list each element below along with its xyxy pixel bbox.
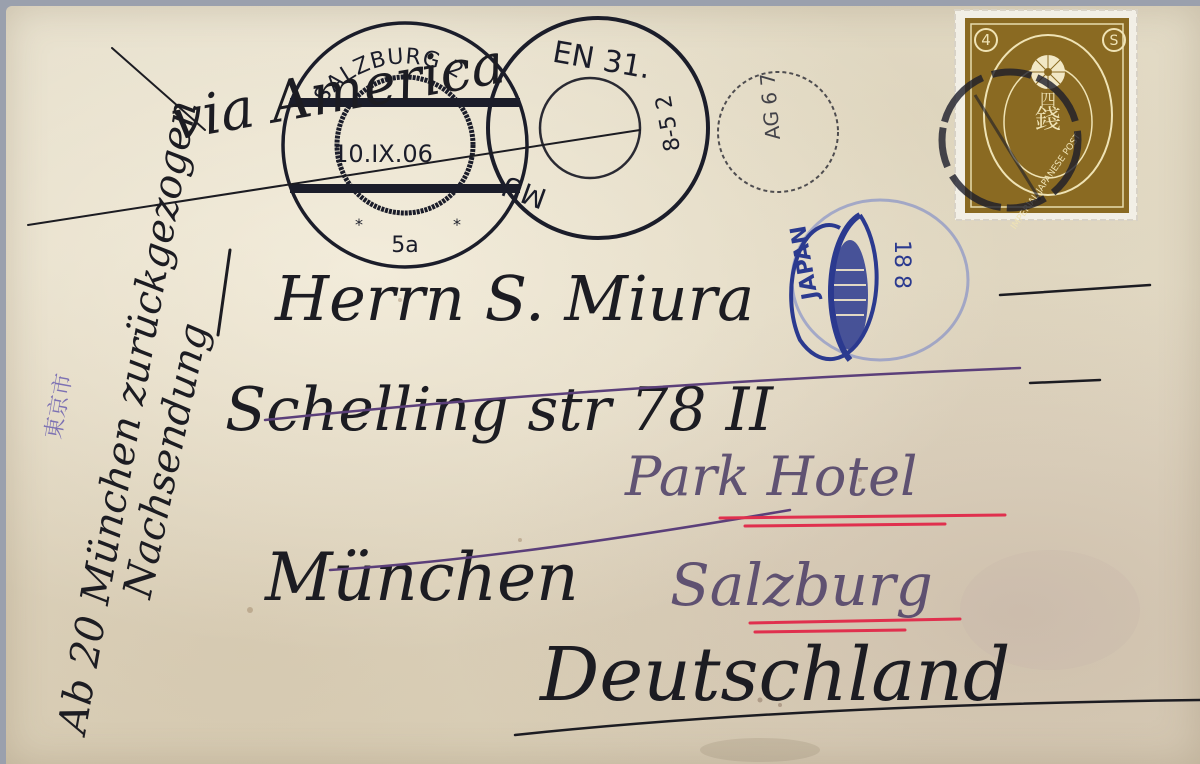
margin-notes: Ab 20 München zurückgezogen Nachsendung … [41, 97, 218, 741]
salzburg-postmark-bottom: 5a [391, 233, 418, 258]
japanese-stamp: 4 S 錢 四 IMPERIAL JAPANESE POST [942, 10, 1137, 232]
svg-text:四: 四 [1040, 90, 1056, 109]
svg-text:*: * [355, 215, 363, 234]
stamp-denomination-right: S [1110, 33, 1119, 49]
addressee: Herrn S. Miura [274, 262, 754, 335]
munich-postmark-numbers: 8-5 2 [651, 93, 686, 153]
munich-postmark: EN 31. MU 8-5 2 [488, 18, 708, 238]
munich-postmark-side: MU [498, 169, 551, 215]
svg-text:*: * [453, 215, 461, 234]
faint-postmark: AG 6 7 [718, 72, 838, 192]
blue-postmark-numbers: 18 8 [889, 240, 914, 289]
city-forwarded: Salzburg [670, 551, 933, 619]
postcard-artwork: 4 S 錢 四 IMPERIAL JAPANESE POST SALZBURG … [0, 0, 1200, 764]
hotel-name: Park Hotel [624, 445, 917, 508]
country: Deutschland [538, 632, 1010, 718]
blue-japan-postmark: JAPAN 18 8 [786, 200, 968, 360]
stamp-denomination-left: 4 [981, 31, 991, 49]
svg-text:東京市: 東京市 [41, 372, 77, 441]
faint-postmark-text: AG 6 7 [755, 72, 785, 141]
svg-text:錢: 錢 [1035, 105, 1061, 135]
